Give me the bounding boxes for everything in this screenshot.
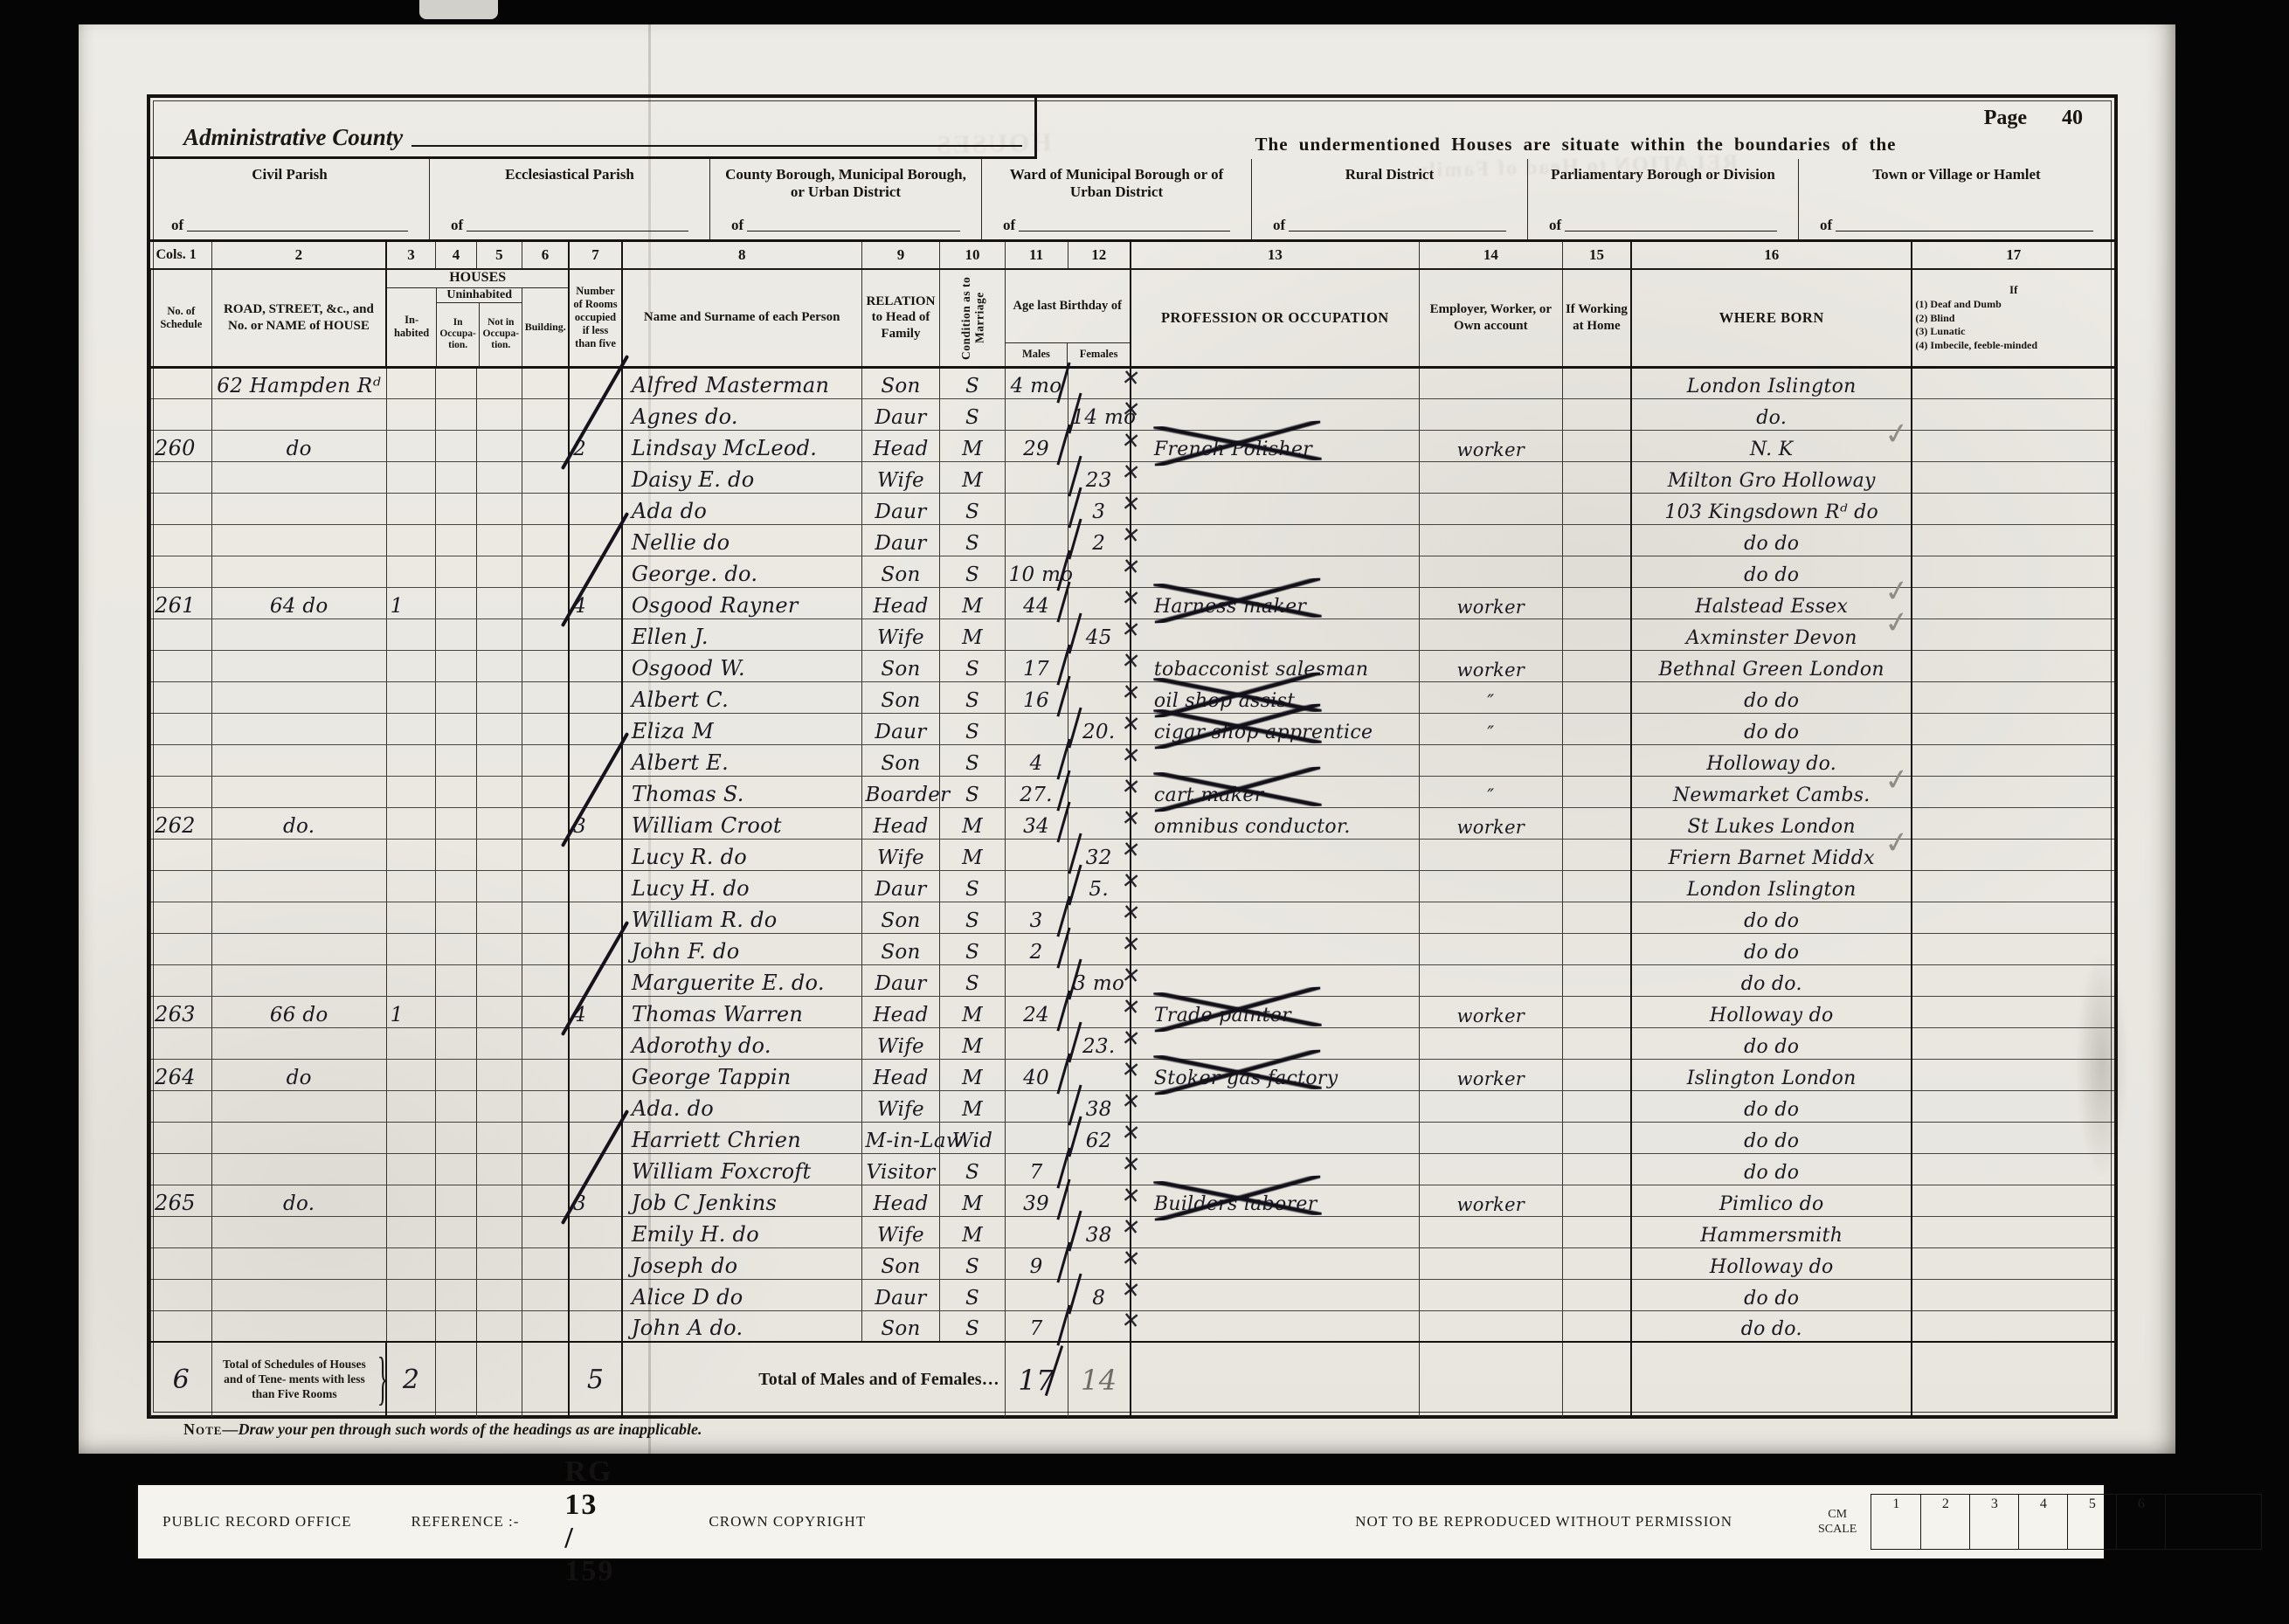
cell-relation: Head (861, 1185, 940, 1216)
census-row: John F. doSonS2do do (151, 933, 2115, 964)
cell-relation: Son (861, 744, 940, 776)
cell-name: Daisy E. do (622, 461, 861, 493)
cell-infirmity (1912, 1310, 2114, 1342)
total-in-occupation (435, 1342, 476, 1417)
cell-relation: Daur (861, 493, 940, 524)
cell-in_occupation (435, 807, 476, 839)
cell-building (522, 461, 569, 493)
cell-condition: S (940, 556, 1005, 587)
cell-building (522, 1216, 569, 1247)
cell-infirmity (1912, 1090, 2114, 1122)
cell-profession (1131, 556, 1419, 587)
cell-inhabited (386, 776, 435, 807)
cell-in_occupation (435, 1216, 476, 1247)
cell-relation: Wife (861, 1027, 940, 1059)
cell-employer (1419, 870, 1562, 902)
cell-born: Holloway do (1631, 996, 1912, 1027)
cell-infirmity (1912, 964, 2114, 996)
cell-schedule (151, 1090, 212, 1122)
census-row: 262do.3William CrootHeadM34omnibus condu… (151, 807, 2115, 839)
cell-infirmity (1912, 398, 2114, 430)
cell-age_m: 39 (1005, 1185, 1068, 1216)
cell-schedule: 264 (151, 1059, 212, 1090)
cell-relation: Son (861, 556, 940, 587)
cell-age_m: 40 (1005, 1059, 1068, 1090)
cell-relation: Daur (861, 398, 940, 430)
cell-in_occupation (435, 681, 476, 713)
district-header-row: Civil ParishofEcclesiastical ParishofCou… (150, 159, 2114, 242)
cell-age_m: 24 (1005, 996, 1068, 1027)
cell-rooms (569, 1216, 622, 1247)
cell-in_occupation (435, 996, 476, 1027)
of-label: of (1549, 217, 1561, 234)
cell-relation: Visitor (861, 1153, 940, 1185)
cell-name: Thomas S. (622, 776, 861, 807)
cell-age_m: 16 (1005, 681, 1068, 713)
cell-at_home (1562, 493, 1631, 524)
column-number: 12 (1068, 242, 1131, 269)
blank-line (1836, 230, 2093, 232)
cell-in_occupation (435, 1153, 476, 1185)
cell-condition: M (940, 996, 1005, 1027)
cell-relation: Wife (861, 1216, 940, 1247)
cell-at_home (1562, 398, 1631, 430)
cell-born: Pimlico do (1631, 1185, 1912, 1216)
cell-road (211, 1216, 386, 1247)
cell-inhabited (386, 713, 435, 744)
cell-condition: M (940, 587, 1005, 619)
cell-relation: Son (861, 1310, 940, 1342)
column-number: 8 (622, 242, 861, 269)
cell-at_home (1562, 1059, 1631, 1090)
cell-name: Joseph do (622, 1247, 861, 1279)
of-label: of (1273, 217, 1285, 234)
cell-infirmity (1912, 1279, 2114, 1310)
cell-inhabited (386, 398, 435, 430)
cell-building (522, 398, 569, 430)
cell-building (522, 744, 569, 776)
cell-relation: Wife (861, 461, 940, 493)
cell-not_in_occupation (477, 964, 522, 996)
cell-condition: S (940, 681, 1005, 713)
cell-rooms (569, 1122, 622, 1153)
cell-rooms (569, 1247, 622, 1279)
cell-schedule: 261 (151, 587, 212, 619)
cell-not_in_occupation (477, 1185, 522, 1216)
cell-in_occupation (435, 1247, 476, 1279)
cell-employer (1419, 1090, 1562, 1122)
cell-not_in_occupation (477, 839, 522, 870)
cell-age_m: 9 (1005, 1247, 1068, 1279)
totals-empty-born (1631, 1342, 1912, 1417)
cell-born: Islington London (1631, 1059, 1912, 1090)
census-row: 62 Hampden RᵈAlfred MastermanSonS4 moLon… (151, 367, 2115, 398)
public-record-office-label: PUBLIC RECORD OFFICE (163, 1513, 351, 1531)
column-number: 14 (1419, 242, 1562, 269)
cell-condition: M (940, 1185, 1005, 1216)
cell-employer (1419, 367, 1562, 398)
cell-infirmity (1912, 524, 2114, 556)
cell-in_occupation (435, 964, 476, 996)
cell-age_m (1005, 619, 1068, 650)
of-label: of (171, 217, 183, 234)
cell-inhabited (386, 964, 435, 996)
cell-in_occupation (435, 839, 476, 870)
cell-road (211, 524, 386, 556)
census-row: Thomas S.BoarderS27.cart maker″Newmarket… (151, 776, 2115, 807)
cell-inhabited (386, 367, 435, 398)
cell-born: do do (1631, 933, 1912, 964)
census-row: Osgood W.SonS17tobacconist salesmanworke… (151, 650, 2115, 681)
cell-road (211, 744, 386, 776)
cell-not_in_occupation (477, 776, 522, 807)
header-where-born: WHERE BORN (1631, 269, 1912, 367)
cell-profession (1131, 619, 1419, 650)
cell-inhabited (386, 1185, 435, 1216)
cell-not_in_occupation (477, 556, 522, 587)
blank-line (1289, 230, 1506, 232)
cell-relation: Son (861, 933, 940, 964)
cell-profession (1131, 1027, 1419, 1059)
cell-in_occupation (435, 933, 476, 964)
cell-profession (1131, 1310, 1419, 1342)
cell-road (211, 1279, 386, 1310)
cell-rooms (569, 1027, 622, 1059)
cell-relation: Head (861, 430, 940, 461)
cell-building (522, 870, 569, 902)
cell-inhabited (386, 1153, 435, 1185)
form-banner: Administrative County The undermentioned… (150, 98, 2114, 159)
cell-schedule (151, 776, 212, 807)
cell-building (522, 367, 569, 398)
crown-copyright-label: CROWN COPYRIGHT (709, 1513, 866, 1531)
cell-inhabited (386, 619, 435, 650)
scale-tick: 4 (2018, 1495, 2067, 1549)
cell-condition: S (940, 902, 1005, 933)
scale-tick: 2 (1920, 1495, 1969, 1549)
column-number: 2 (211, 242, 386, 269)
cell-rooms (569, 493, 622, 524)
district-title: Civil Parish (252, 166, 327, 183)
cell-inhabited (386, 870, 435, 902)
cell-at_home (1562, 1216, 1631, 1247)
cell-schedule (151, 493, 212, 524)
cell-age_m (1005, 870, 1068, 902)
cell-infirmity (1912, 430, 2114, 461)
column-number: 4 (435, 242, 476, 269)
cell-employer (1419, 461, 1562, 493)
cell-in_occupation (435, 1090, 476, 1122)
total-males-females-label: Total of Males and of Females… (622, 1342, 1005, 1417)
cell-infirmity (1912, 776, 2114, 807)
cell-age_m: 44 (1005, 587, 1068, 619)
header-relation: RELATION to Head of Family (861, 269, 940, 367)
district-box: Parliamentary Borough or Divisionof (1527, 159, 1798, 239)
cell-infirmity (1912, 1122, 2114, 1153)
cell-road (211, 398, 386, 430)
cell-born: Halstead Essex (1631, 587, 1912, 619)
cell-born: do do (1631, 681, 1912, 713)
cell-not_in_occupation (477, 807, 522, 839)
cell-profession (1131, 1153, 1419, 1185)
cell-schedule (151, 713, 212, 744)
cm-scale-label: CMSCALE (1818, 1507, 1857, 1538)
cell-condition: S (940, 1310, 1005, 1342)
cell-in_occupation (435, 619, 476, 650)
cell-not_in_occupation (477, 744, 522, 776)
cell-born: London Islington (1631, 870, 1912, 902)
cell-schedule (151, 1279, 212, 1310)
cell-employer (1419, 1216, 1562, 1247)
census-row: Ada. doWifeM38do do (151, 1090, 2115, 1122)
cell-condition: S (940, 713, 1005, 744)
scale-tick: 5 (2067, 1495, 2116, 1549)
cell-rooms (569, 870, 622, 902)
cell-name: Osgood W. (622, 650, 861, 681)
cell-inhabited (386, 902, 435, 933)
cell-condition: M (940, 461, 1005, 493)
cell-infirmity (1912, 493, 2114, 524)
cell-name: Ada. do (622, 1090, 861, 1122)
cell-condition: M (940, 839, 1005, 870)
census-row: William R. doSonS3do do (151, 902, 2115, 933)
cell-employer (1419, 493, 1562, 524)
cell-rooms (569, 1153, 622, 1185)
census-row: Ellen J.WifeM45Axminster Devon (151, 619, 2115, 650)
cell-road (211, 1247, 386, 1279)
header-name: Name and Surname of each Person (622, 269, 861, 367)
cell-in_occupation (435, 744, 476, 776)
cell-rooms: 4 (569, 587, 622, 619)
cell-relation: Wife (861, 619, 940, 650)
cell-rooms (569, 713, 622, 744)
cell-condition: S (940, 398, 1005, 430)
admin-county-block: Administrative County (150, 98, 1037, 159)
district-box: Ward of Municipal Borough or of Urban Di… (981, 159, 1251, 239)
cell-in_occupation (435, 556, 476, 587)
cell-schedule (151, 650, 212, 681)
cell-inhabited (386, 493, 435, 524)
totals-empty-employer (1419, 1342, 1562, 1417)
cell-born: do do. (1631, 964, 1912, 996)
cell-employer (1419, 556, 1562, 587)
header-females: Females (1067, 343, 1130, 366)
scan-artifact (419, 0, 498, 19)
of-label: of (1003, 217, 1015, 234)
cell-at_home (1562, 807, 1631, 839)
cell-not_in_occupation (477, 1059, 522, 1090)
cell-relation: Son (861, 650, 940, 681)
cell-road: do. (211, 1185, 386, 1216)
cell-not_in_occupation (477, 650, 522, 681)
cell-employer: worker (1419, 996, 1562, 1027)
header-in-occupation: In Occupa-tion. (437, 303, 479, 366)
cell-not_in_occupation (477, 1027, 522, 1059)
cell-rooms (569, 461, 622, 493)
total-schedules-label: Total of Schedules of Houses and of Tene… (211, 1342, 386, 1417)
cell-infirmity (1912, 1185, 2114, 1216)
cell-name: Emily H. do (622, 1216, 861, 1247)
cell-profession: cart maker (1131, 776, 1419, 807)
cell-schedule (151, 461, 212, 493)
cell-at_home (1562, 1090, 1631, 1122)
cell-road (211, 619, 386, 650)
header-not-in-occupation: Not in Occupa-tion. (479, 303, 522, 366)
cell-road: do (211, 430, 386, 461)
cell-name: Osgood Rayner (622, 587, 861, 619)
reference-label: REFERENCE :- (411, 1513, 519, 1531)
header-uninhabited: Uninhabited (437, 288, 522, 303)
cell-in_occupation (435, 1310, 476, 1342)
cell-inhabited (386, 1279, 435, 1310)
cell-building (522, 587, 569, 619)
header-age-group: Age last Birthday of Males Females (1005, 269, 1131, 367)
cell-infirmity (1912, 1216, 2114, 1247)
cell-at_home (1562, 461, 1631, 493)
cell-at_home (1562, 619, 1631, 650)
cell-road: 64 do (211, 587, 386, 619)
cell-born: Milton Gro Holloway (1631, 461, 1912, 493)
census-row: John A do.SonS7do do. (151, 1310, 2115, 1342)
district-box: Civil Parishof (150, 159, 429, 239)
cell-inhabited (386, 1310, 435, 1342)
cell-name: Ada do (622, 493, 861, 524)
cell-not_in_occupation (477, 902, 522, 933)
cell-relation: Daur (861, 870, 940, 902)
census-row: Agnes do.DaurS14 modo. (151, 398, 2115, 430)
cell-not_in_occupation (477, 1216, 522, 1247)
cell-inhabited (386, 650, 435, 681)
cell-schedule (151, 964, 212, 996)
cell-inhabited: 1 (386, 587, 435, 619)
cell-not_in_occupation (477, 1090, 522, 1122)
cell-age_m (1005, 1279, 1068, 1310)
cell-condition: S (940, 776, 1005, 807)
cell-not_in_occupation (477, 1310, 522, 1342)
cell-profession (1131, 1090, 1419, 1122)
cell-condition: M (940, 619, 1005, 650)
district-title: Ecclesiastical Parish (505, 166, 634, 183)
cell-schedule (151, 1122, 212, 1153)
cell-profession (1131, 839, 1419, 870)
cell-name: Job C Jenkins (622, 1185, 861, 1216)
cell-born: N. K (1631, 430, 1912, 461)
cell-born: do do (1631, 1122, 1912, 1153)
cell-relation: Head (861, 587, 940, 619)
column-number: 17 (1912, 242, 2114, 269)
cell-inhabited (386, 1216, 435, 1247)
cell-schedule (151, 1153, 212, 1185)
cell-at_home (1562, 556, 1631, 587)
column-header-row: No. of Schedule ROAD, STREET, &c., and N… (151, 269, 2115, 367)
cell-at_home (1562, 430, 1631, 461)
headings-note: Note—Draw your pen through such words of… (183, 1420, 702, 1439)
cell-road (211, 650, 386, 681)
cell-inhabited (386, 1247, 435, 1279)
cell-at_home (1562, 681, 1631, 713)
cell-condition: S (940, 524, 1005, 556)
cell-born: Newmarket Cambs. (1631, 776, 1912, 807)
cell-born: do do (1631, 524, 1912, 556)
totals-empty-profession (1131, 1342, 1419, 1417)
cell-road (211, 556, 386, 587)
cell-schedule (151, 1310, 212, 1342)
cell-not_in_occupation (477, 461, 522, 493)
cell-rooms (569, 1279, 622, 1310)
blank-line (1565, 230, 1777, 232)
cell-profession (1131, 493, 1419, 524)
cell-born: do do (1631, 1153, 1912, 1185)
cell-infirmity (1912, 713, 2114, 744)
column-number: 7 (569, 242, 622, 269)
cell-age_m (1005, 461, 1068, 493)
cell-condition: S (940, 1153, 1005, 1185)
cell-inhabited (386, 556, 435, 587)
cell-schedule (151, 744, 212, 776)
cell-employer (1419, 1310, 1562, 1342)
cell-inhabited (386, 839, 435, 870)
totals-empty-infirmity (1912, 1342, 2114, 1417)
cell-employer (1419, 1279, 1562, 1310)
census-row: Ada doDaurS3103 Kingsdown Rᵈ do (151, 493, 2115, 524)
cell-road (211, 964, 386, 996)
cell-profession (1131, 1122, 1419, 1153)
cell-rooms: 3 (569, 807, 622, 839)
cell-employer: worker (1419, 1059, 1562, 1090)
cell-profession (1131, 1247, 1419, 1279)
cell-infirmity (1912, 1059, 2114, 1090)
cell-road (211, 902, 386, 933)
cell-age_m: 10 mo (1005, 556, 1068, 587)
cell-not_in_occupation (477, 619, 522, 650)
cell-building (522, 1090, 569, 1122)
cell-name: Alice D do (622, 1279, 861, 1310)
cell-building (522, 1279, 569, 1310)
cell-born: St Lukes London (1631, 807, 1912, 839)
cell-profession (1131, 964, 1419, 996)
cell-building (522, 681, 569, 713)
cell-road (211, 713, 386, 744)
cell-rooms (569, 933, 622, 964)
cell-profession (1131, 902, 1419, 933)
total-building (522, 1342, 569, 1417)
column-number: 13 (1131, 242, 1419, 269)
cell-rooms (569, 556, 622, 587)
cell-schedule (151, 1027, 212, 1059)
cell-in_occupation (435, 461, 476, 493)
cell-relation: Daur (861, 964, 940, 996)
cell-building (522, 902, 569, 933)
cell-condition: M (940, 430, 1005, 461)
cell-building (522, 493, 569, 524)
cell-name: Lucy H. do (622, 870, 861, 902)
cell-relation: Boarder (861, 776, 940, 807)
cell-profession (1131, 398, 1419, 430)
cell-relation: Daur (861, 1279, 940, 1310)
cell-schedule (151, 839, 212, 870)
cell-building (522, 996, 569, 1027)
cell-relation: Son (861, 367, 940, 398)
cell-name: Lindsay McLeod. (622, 430, 861, 461)
header-houses: HOUSES (387, 270, 568, 288)
scale-tick: 3 (1969, 1495, 2018, 1549)
column-number-row: Cols. 1234567891011121314151617 (151, 242, 2115, 269)
cell-name: Adorothy do. (622, 1027, 861, 1059)
census-row: Nellie doDaurS2do do (151, 524, 2115, 556)
census-row: William FoxcroftVisitorS7do do (151, 1153, 2115, 1185)
cell-building (522, 430, 569, 461)
cell-age_m (1005, 713, 1068, 744)
